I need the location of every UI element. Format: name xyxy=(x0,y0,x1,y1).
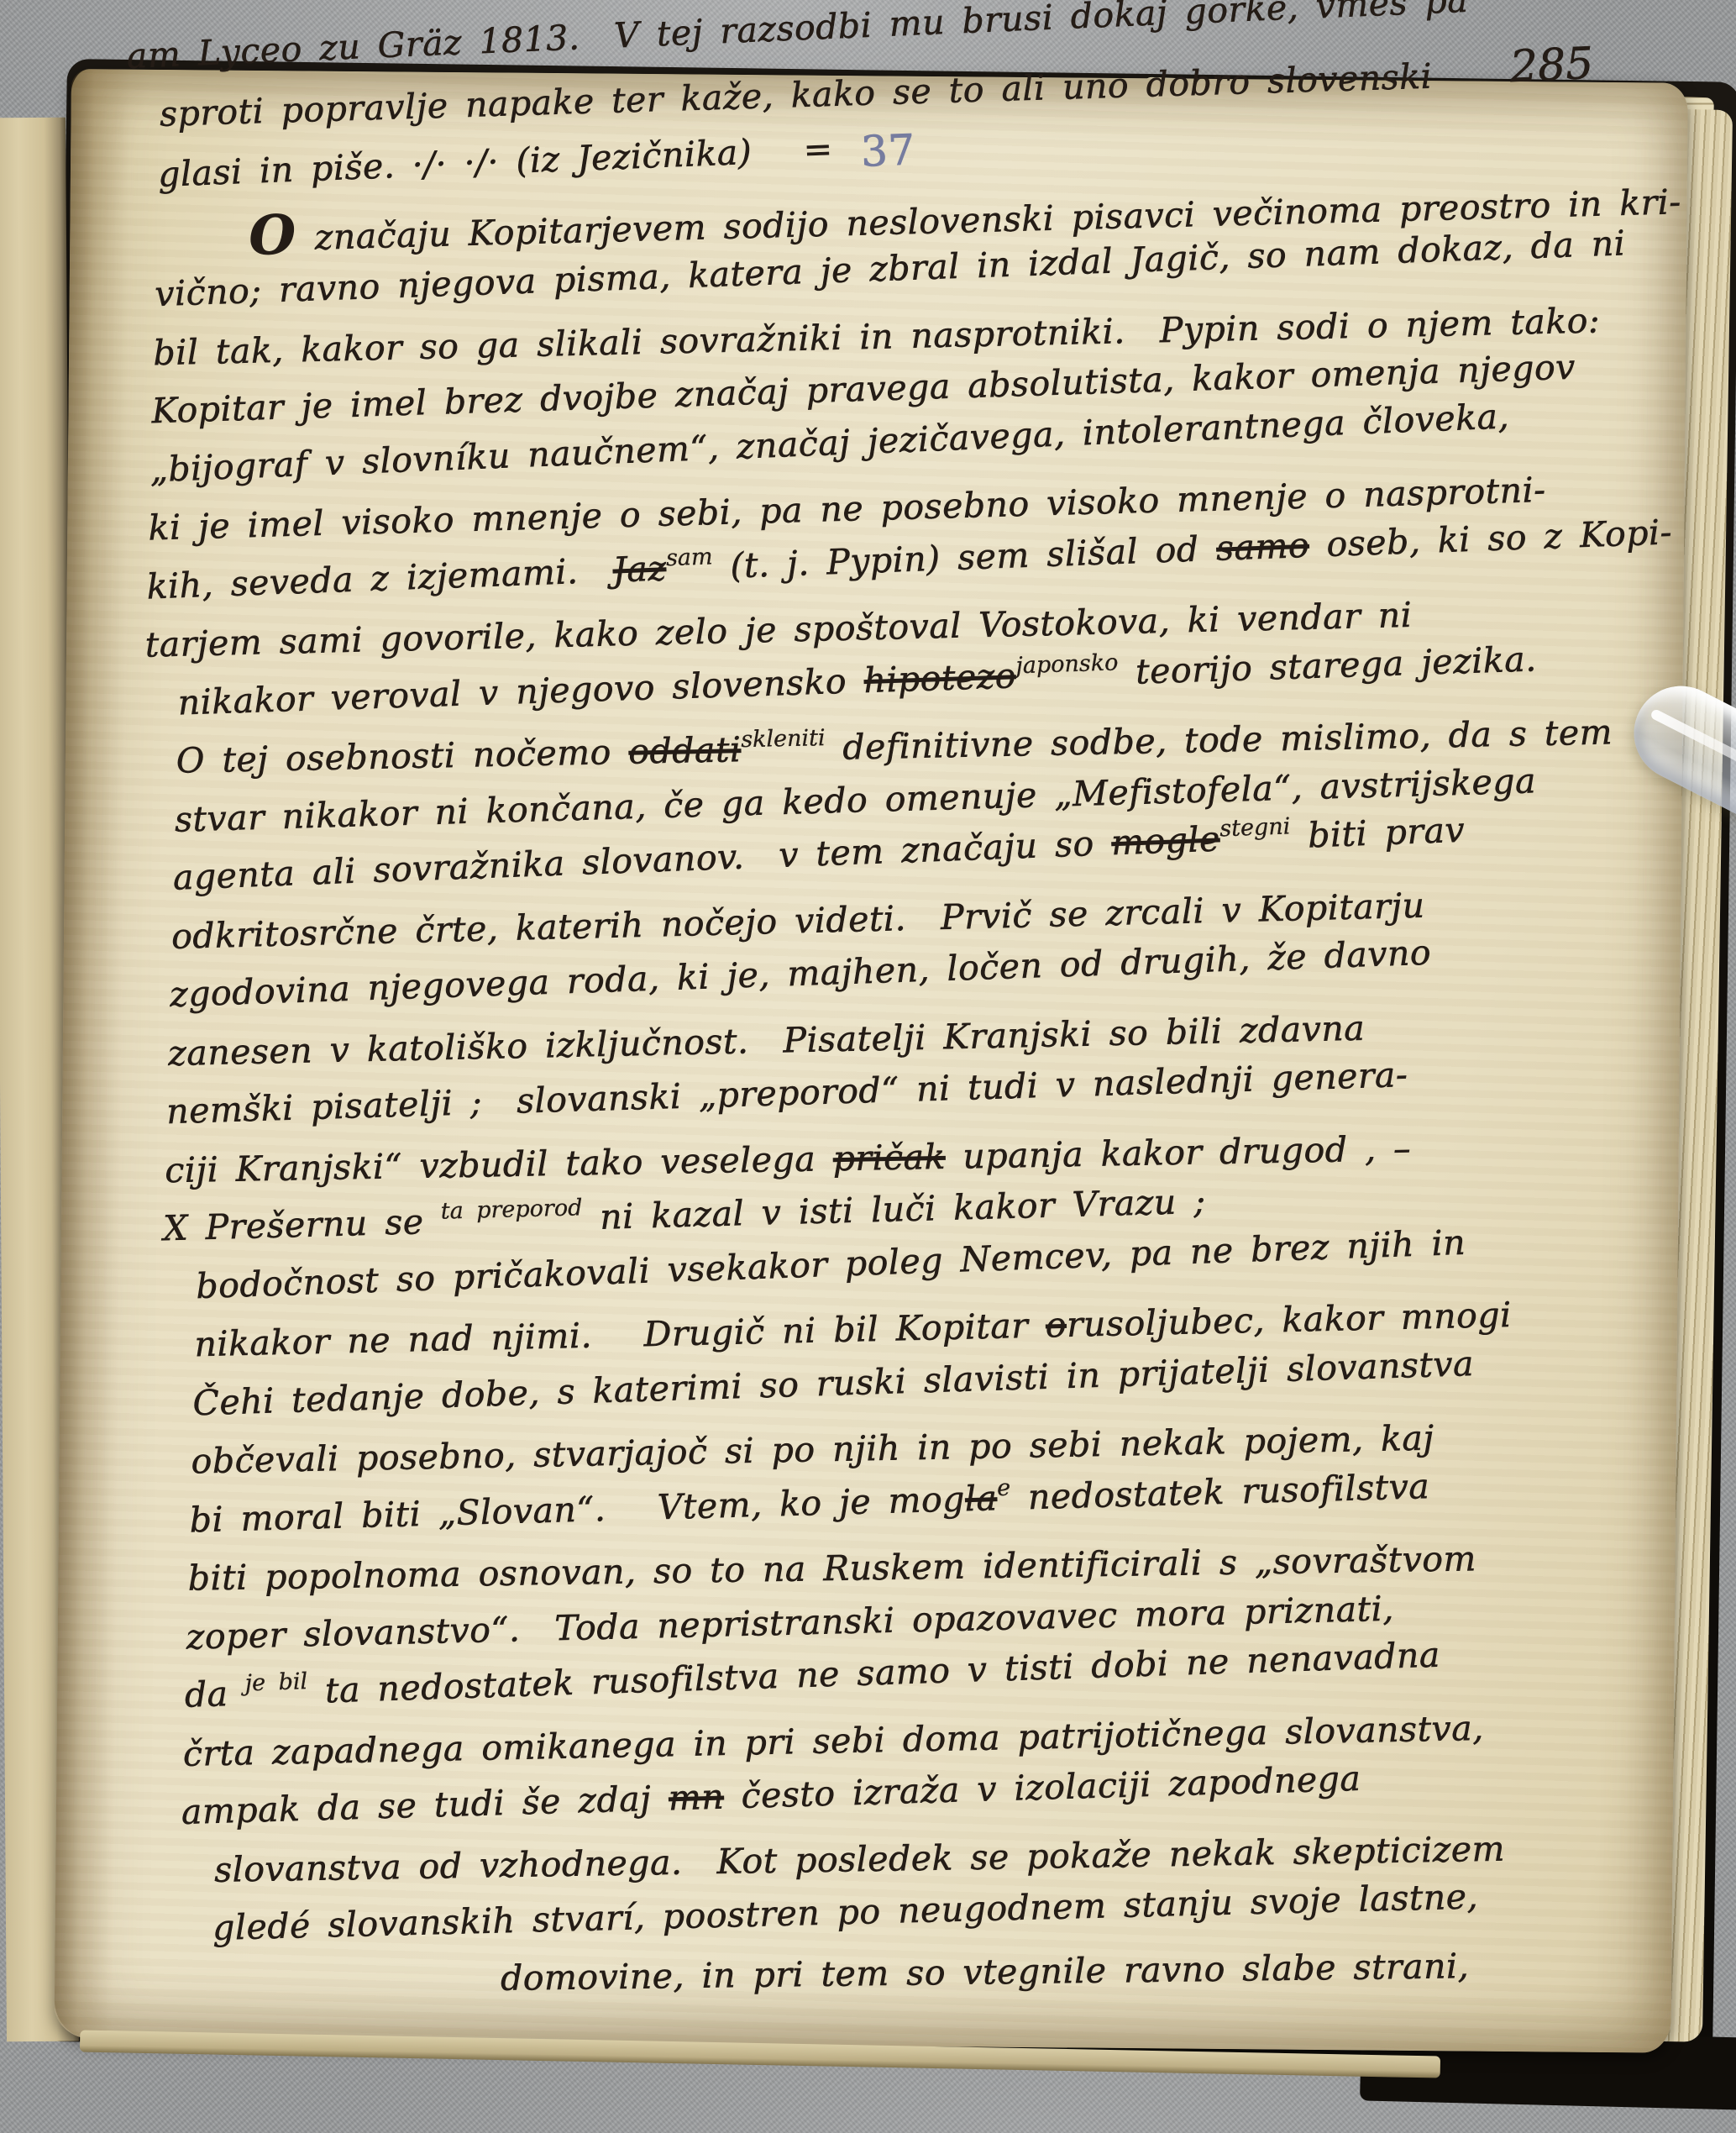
text-segment: ampak da se tudi še zdaj xyxy=(181,1778,669,1832)
text-segment: oddati xyxy=(628,729,742,772)
text-segment: e xyxy=(997,1474,1011,1500)
text-segment: o xyxy=(1045,1305,1067,1346)
text-segment: ciji Kranjski“ vzbudil tako veselega xyxy=(165,1138,833,1190)
text-segment: da xyxy=(184,1673,246,1715)
text-segment: domovine, in pri tem so vtegnile ravno s… xyxy=(501,1946,1470,1999)
text-segment: samo xyxy=(1215,524,1310,568)
photograph-of-manuscript: 285 am Lyceo zu Gräz 1813. V tej razsodb… xyxy=(0,0,1736,2133)
text-segment: 37 xyxy=(841,125,916,176)
text-segment: la xyxy=(964,1478,998,1519)
text-segment: oseb, ki so z Kopi- xyxy=(1309,512,1673,565)
text-segment: kih, seveda z izjemami. xyxy=(146,549,613,607)
text-segment: O xyxy=(248,203,298,267)
text-segment: skleniti xyxy=(741,725,826,753)
text-segment: Jaz xyxy=(612,548,668,590)
text-segment: hipotezo xyxy=(863,655,1017,701)
text-segment: O tej osebnosti nočemo xyxy=(176,732,628,781)
text-segment: je bil xyxy=(244,1668,307,1696)
text-segment: mn xyxy=(668,1776,725,1818)
text-segment: sam xyxy=(665,544,713,571)
text-segment: ta preporod xyxy=(440,1195,582,1224)
text-segment: biti prav xyxy=(1290,810,1466,857)
text-segment: pričak xyxy=(832,1136,946,1178)
text-segment: nedostatek rusofilstva xyxy=(1010,1466,1430,1518)
text-segment: često izraža v izolaciji zapodnega xyxy=(723,1758,1361,1817)
text-segment: X Prešernu se xyxy=(163,1201,442,1249)
text-segment: teorijo starega jezika. xyxy=(1118,638,1537,692)
text-segment: stegni xyxy=(1219,813,1291,842)
manuscript-text: am Lyceo zu Gräz 1813. V tej razsodbi mu… xyxy=(126,0,1733,2018)
text-segment: mogle xyxy=(1110,818,1220,863)
text-segment: (t. j. Pypin) sem slišal od xyxy=(712,528,1217,586)
text-segment: japonsko xyxy=(1015,649,1119,679)
